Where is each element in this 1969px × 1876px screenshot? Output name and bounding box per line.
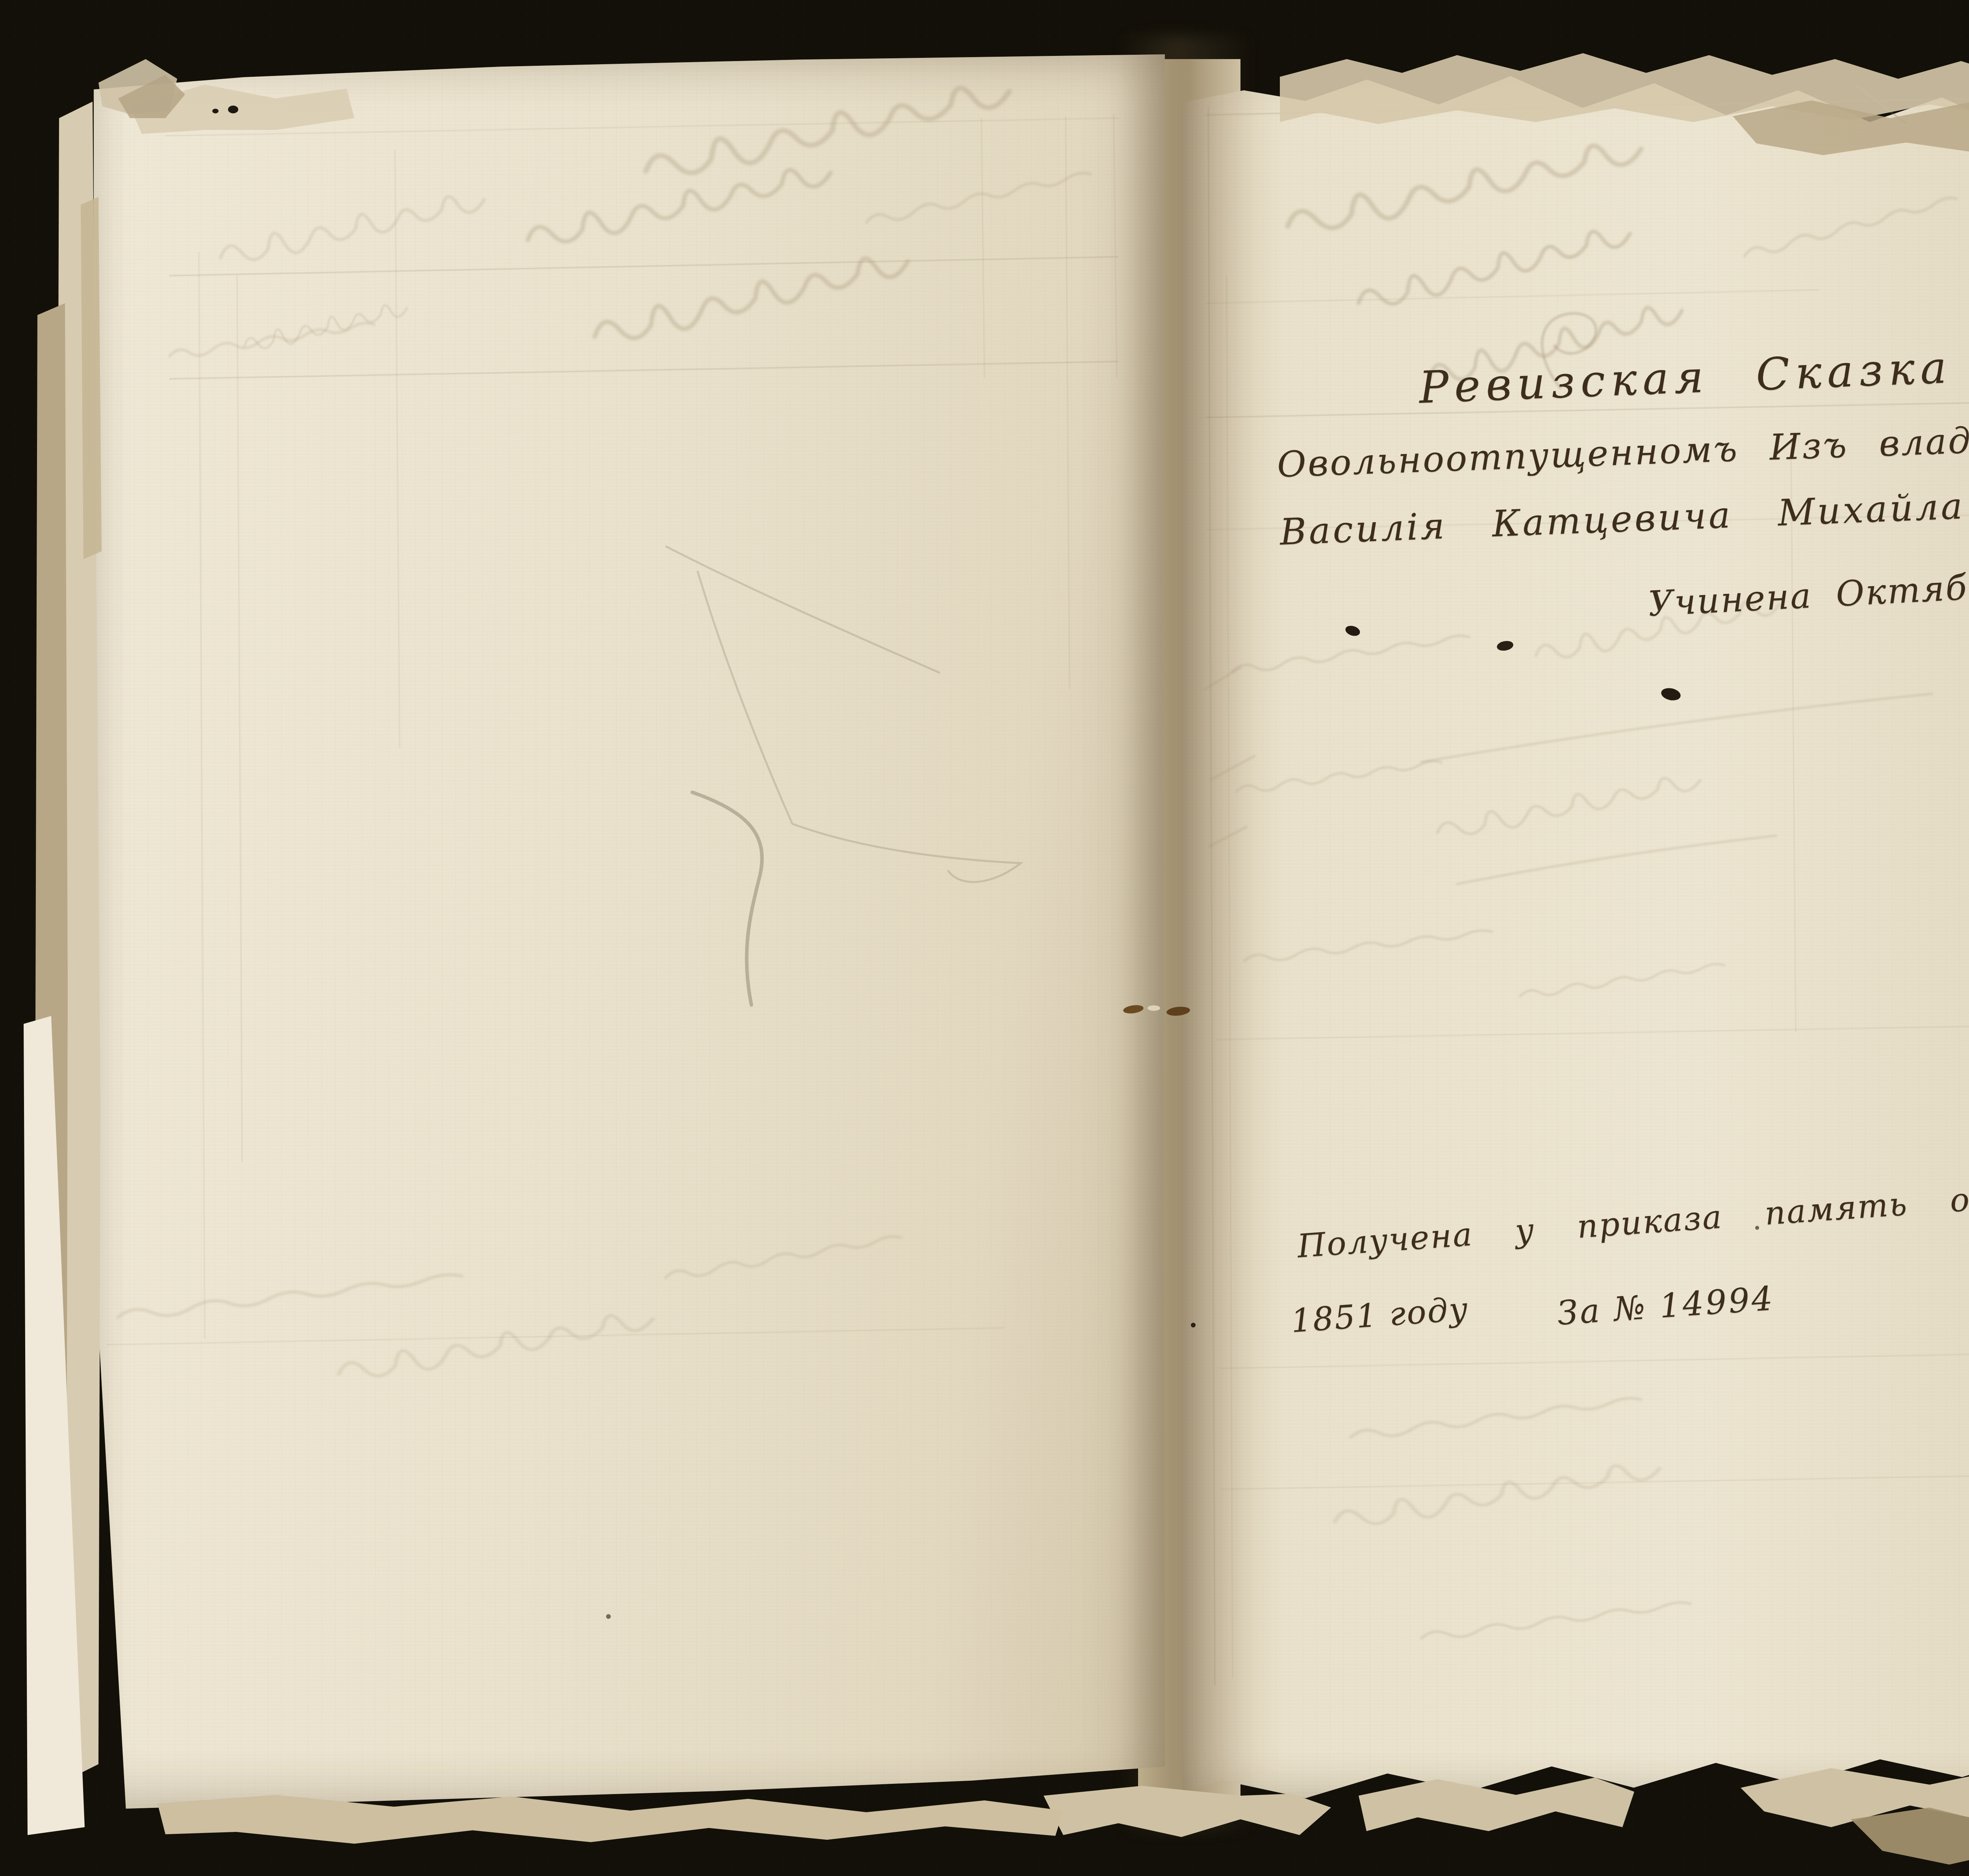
bottom-page-edges — [158, 1760, 1969, 1865]
scan-background: ЦѢНА 15 КОП. СЕР. — [0, 0, 1969, 1876]
page-stack-left-edges — [24, 102, 102, 1835]
torn-edge-layers — [98, 53, 1969, 155]
ink-blots — [212, 106, 1969, 1638]
bleed-through-writing — [116, 84, 1959, 1639]
scan-artwork-layer: ЦѢНА 15 КОП. СЕР. — [0, 0, 1969, 1876]
ruled-lines — [106, 94, 1969, 1685]
